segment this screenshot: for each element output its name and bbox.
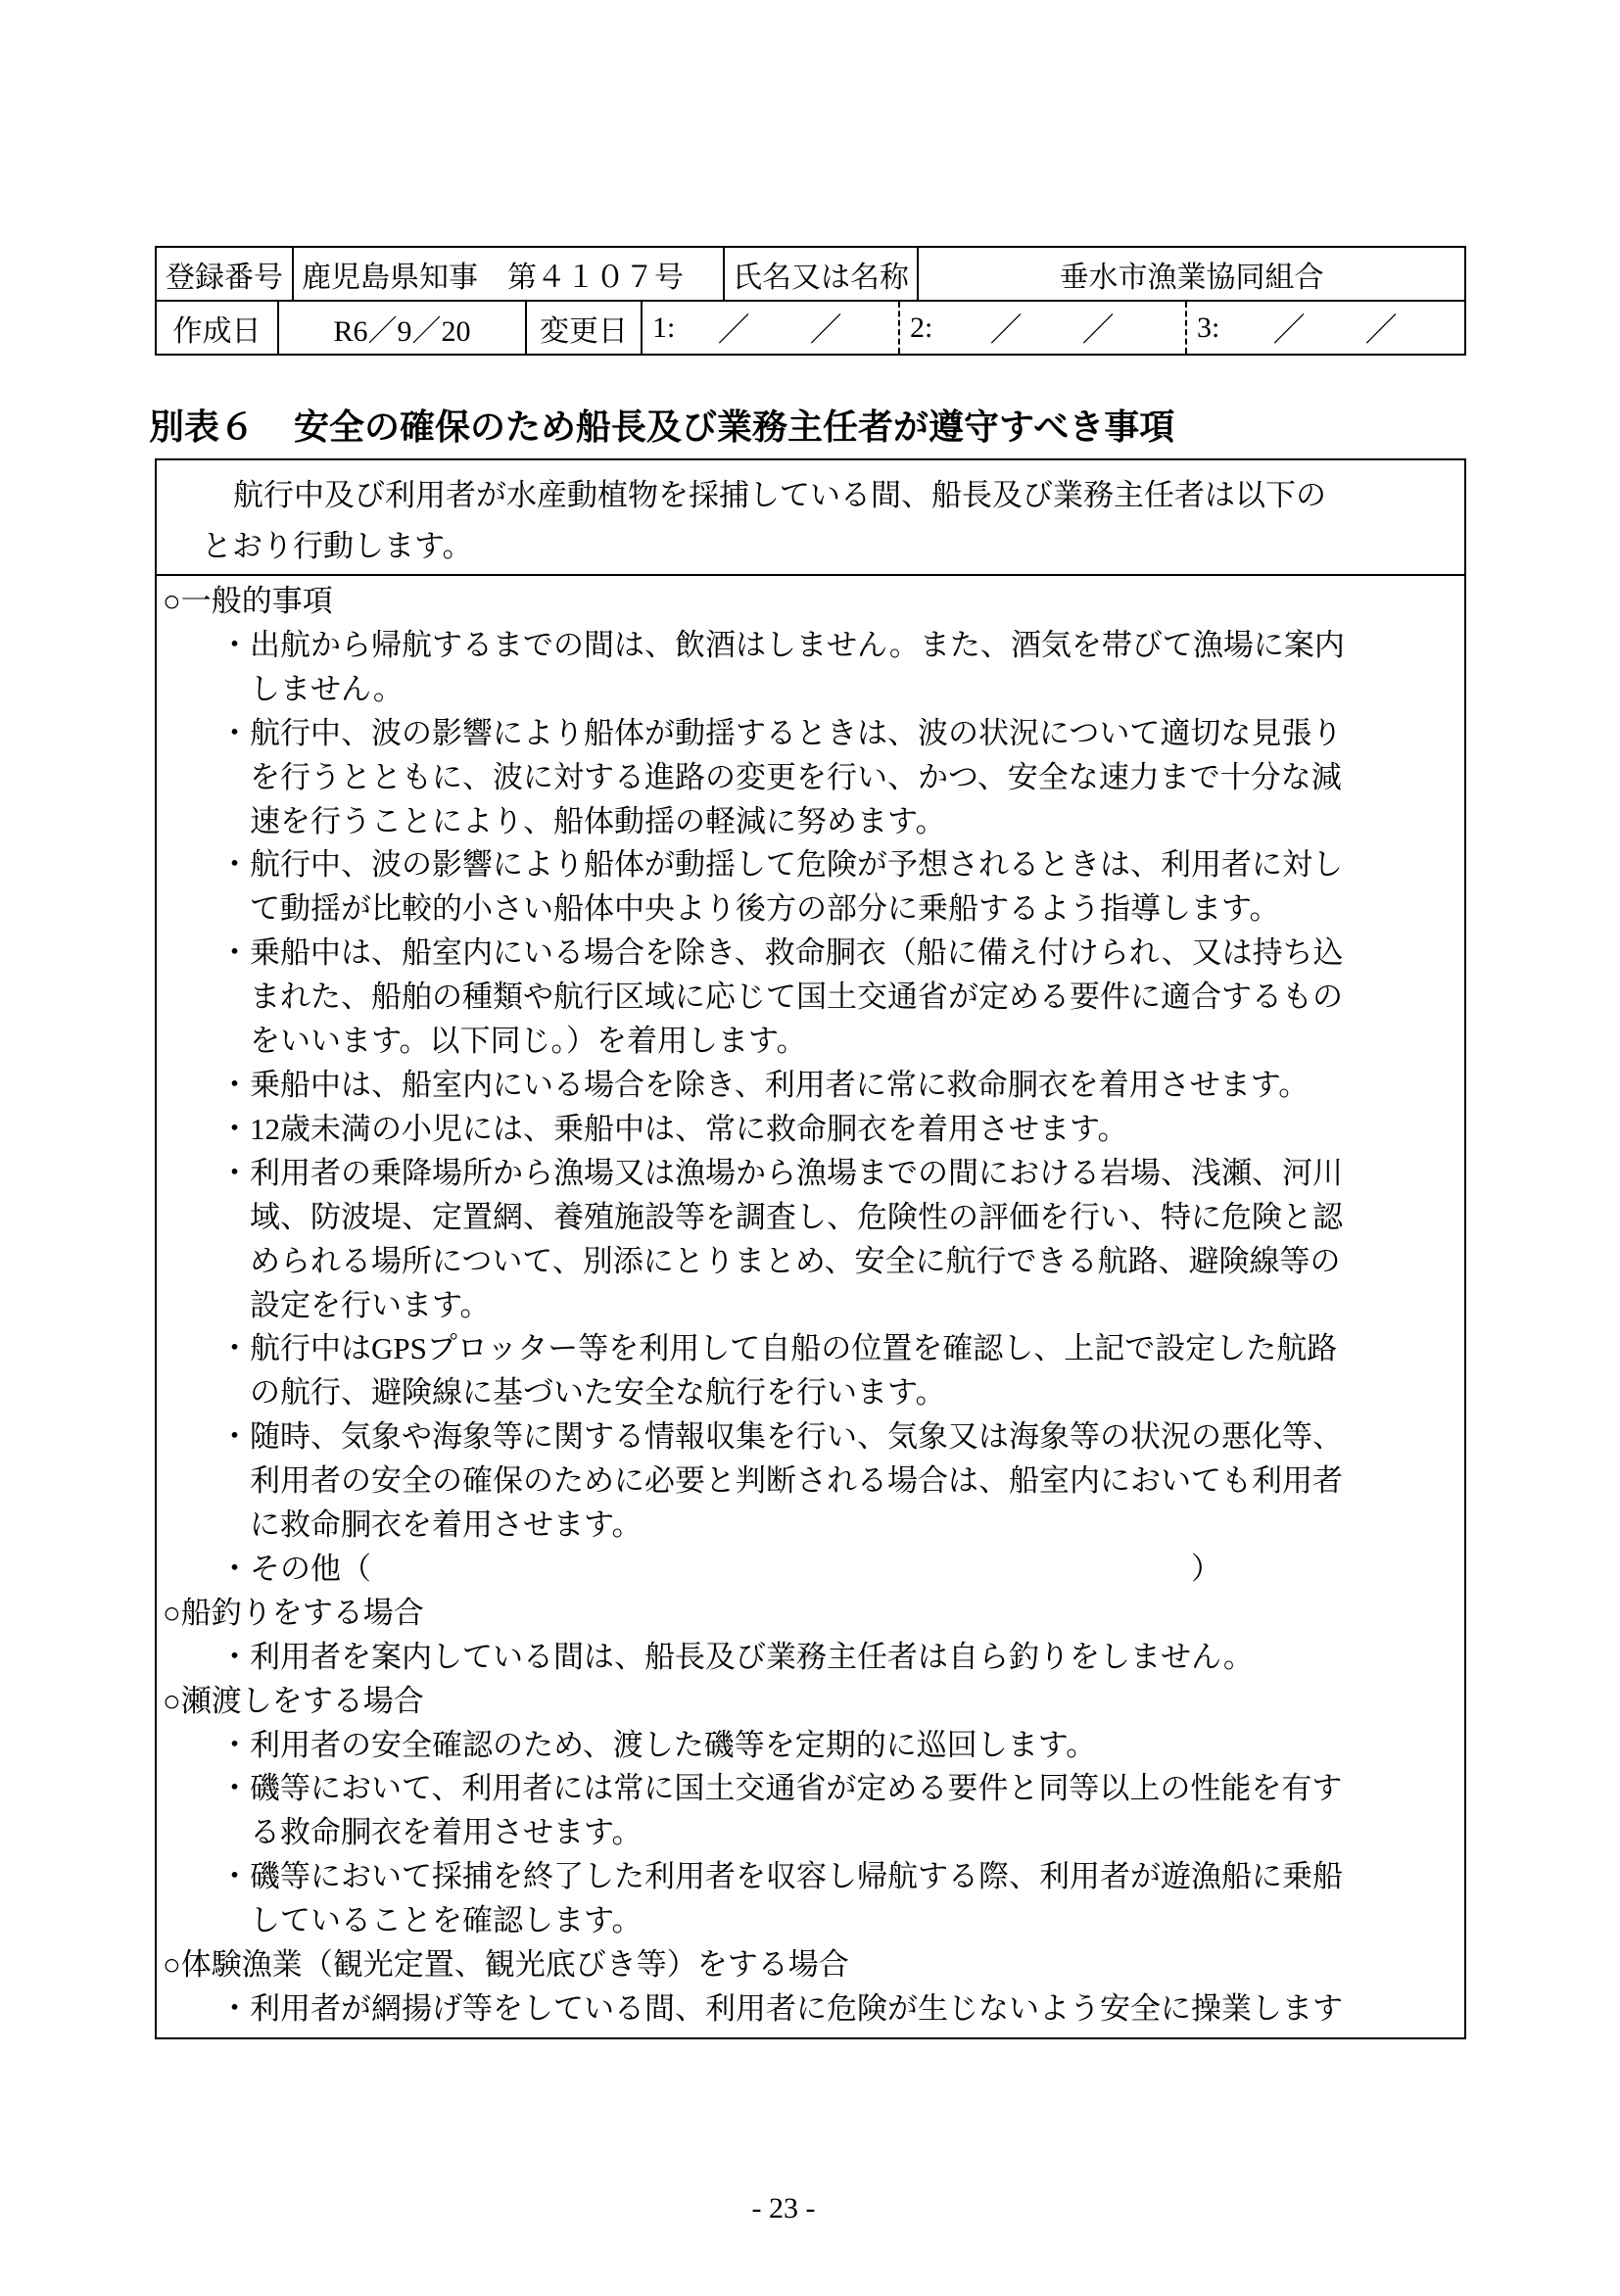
registration-number-label: 登録番号 [157, 248, 292, 300]
bullet-item: ・磯等において採捕を終了した利用者を収容し帰航する際、利用者が遊漁船に乗船してい… [163, 1855, 1454, 1943]
bullet-item: ・航行中、波の影響により船体が動揺するときは、波の状況について適切な見張りを行う… [163, 712, 1454, 844]
intro-paragraph: 航行中及び利用者が水産動植物を採捕している間、船長及び業務主任者は以下のとおり行… [157, 460, 1464, 576]
change-3-date-blank: ／ ／ [1219, 305, 1464, 351]
bullet-item: ・出航から帰航するまでの間は、飲酒はしません。また、酒気を帯びて漁場に案内しませ… [163, 624, 1454, 712]
box-body: ○一般的事項・出航から帰航するまでの間は、飲酒はしません。また、酒気を帯びて漁場… [157, 576, 1464, 2032]
page-number-text: - 23 - [752, 2192, 816, 2224]
page-title: 別表６ 安全の確保のため船長及び業務主任者が遵守すべき事項 [149, 400, 1174, 450]
registration-number-label-text: 登録番号 [166, 253, 283, 296]
bullet-item: ・利用者の安全確認のため、渡した磯等を定期的に巡回します。 [163, 1724, 1454, 1768]
section-heading: ○瀬渡しをする場合 [163, 1680, 1454, 1724]
created-date-label: 作成日 [157, 302, 277, 354]
section-heading: ○体験漁業（観光定置、観光底びき等）をする場合 [163, 1943, 1454, 1987]
registration-table-row-1: 登録番号 鹿児島県知事 第４１０７号 氏名又は名称 垂水市漁業協同組合 [157, 248, 1464, 302]
section-heading: ○船釣りをする場合 [163, 1592, 1454, 1636]
bullet-item: ・乗船中は、船室内にいる場合を除き、利用者に常に救命胴衣を着用させます。 [163, 1064, 1454, 1108]
created-date-value-text: R6／9／20 [333, 307, 470, 350]
page-number: - 23 - [0, 2192, 1567, 2225]
created-date-value: R6／9／20 [277, 302, 525, 354]
bullet-item: ・利用者の乗降場所から漁場又は漁場から漁場までの間における岩場、浅瀬、河川域、防… [163, 1152, 1454, 1328]
changed-date-label: 変更日 [525, 302, 641, 354]
holder-name-label: 氏名又は名称 [723, 248, 917, 300]
change-1-date-blank: ／ ／ [675, 305, 898, 351]
section-heading: ○一般的事項 [163, 580, 1454, 624]
bullet-item: ・利用者を案内している間は、船長及び業務主任者は自ら釣りをしません。 [163, 1636, 1454, 1680]
bullet-item: ・利用者が網揚げ等をしている間、利用者に危険が生じないよう安全に操業します [163, 1987, 1454, 2032]
bullet-item: ・磯等において、利用者には常に国土交通省が定める要件と同等以上の性能を有する救命… [163, 1767, 1454, 1855]
registration-table: 登録番号 鹿児島県知事 第４１０７号 氏名又は名称 垂水市漁業協同組合 作成日 … [155, 246, 1466, 356]
change-3-number: 3: [1197, 311, 1219, 345]
bullet-item: ・乗船中は、船室内にいる場合を除き、救命胴衣（船に備え付けられ、又は持ち込まれた… [163, 932, 1454, 1064]
change-date-field-2: 2: ／ ／ [898, 302, 1185, 354]
bullet-item: ・航行中、波の影響により船体が動揺して危険が予想されるときは、利用者に対して動揺… [163, 843, 1454, 932]
change-2-date-blank: ／ ／ [932, 305, 1185, 351]
registration-number-value-text: 鹿児島県知事 第４１０７号 [302, 253, 684, 296]
created-date-label-text: 作成日 [173, 307, 262, 350]
changed-date-label-text: 変更日 [540, 307, 628, 350]
bullet-item: ・随時、気象や海象等に関する情報収集を行い、気象又は海象等の状況の悪化等、利用者… [163, 1415, 1454, 1548]
bullet-item: ・航行中はGPSプロッター等を利用して自船の位置を確認し、上記で設定した航路の航… [163, 1327, 1454, 1415]
bullet-item: ・12歳未満の小児には、乗船中は、常に救命胴衣を着用させます。 [163, 1108, 1454, 1152]
registration-number-value: 鹿児島県知事 第４１０７号 [292, 248, 723, 300]
page-title-text: 安全の確保のため船長及び業務主任者が遵守すべき事項 [294, 400, 1174, 450]
holder-name-value: 垂水市漁業協同組合 [917, 248, 1464, 300]
change-1-number: 1: [652, 311, 675, 345]
change-2-number: 2: [910, 311, 932, 345]
rules-box: 航行中及び利用者が水産動植物を採捕している間、船長及び業務主任者は以下のとおり行… [155, 458, 1466, 2039]
holder-name-label-text: 氏名又は名称 [733, 253, 909, 296]
page-title-gap [255, 400, 294, 450]
holder-name-value-text: 垂水市漁業協同組合 [1060, 253, 1324, 296]
change-date-field-1: 1: ／ ／ [641, 302, 898, 354]
registration-table-row-2: 作成日 R6／9／20 変更日 1: ／ ／ 2: ／ ／ 3: ／ ／ [157, 302, 1464, 354]
bullet-item: ・その他（ ） [163, 1548, 1454, 1592]
page-title-prefix: 別表６ [149, 400, 255, 450]
change-date-field-3: 3: ／ ／ [1185, 302, 1464, 354]
